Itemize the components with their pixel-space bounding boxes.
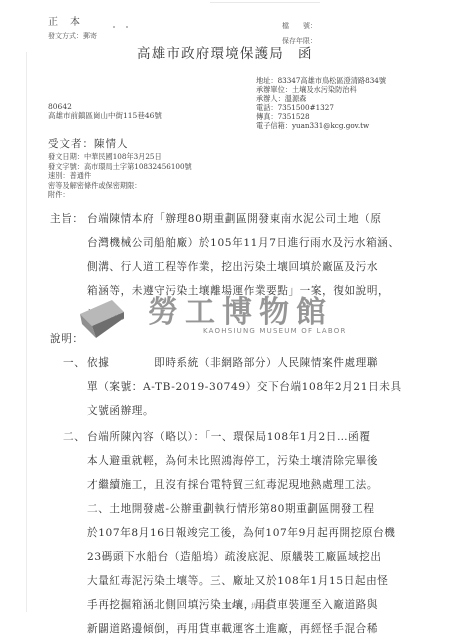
page-footer: 第1頁共3頁	[224, 601, 269, 610]
street-address: 高雄市前鎮區崗山中街115巷46號	[48, 111, 162, 120]
document-number: 發文字號：高市環局土字第10832456100號	[48, 162, 192, 172]
agency-name: 高雄市政府環境保護局	[137, 46, 284, 62]
subject-line: 側溝、行人道工程等作業，挖出污染土壤回填於廠區及污水	[87, 259, 378, 274]
item-line: 二、土地開發處-公辦重劃執行情形第80期重劃區開發工程	[87, 501, 375, 516]
issue-date: 發文日期：中華民國108年3月25日	[48, 152, 192, 162]
subject-line: 請查照。	[87, 307, 132, 322]
subject-line: 台端陳情本府「辦理80期重劃區開發東南水泥公司土地（原	[87, 211, 382, 226]
watermark-subtitle: KAOHSIUNG MUSEUM OF LABOR	[203, 327, 347, 335]
scan-edge	[210, 2, 320, 3]
document-type: 函	[298, 46, 313, 62]
item-line: 於107年8月16日報竣完工後，為何107年9月起再開挖原台機	[87, 525, 395, 540]
item-line: 才繼續施工，且沒有採台電特貿三紅毒泥現地熱處理工法。	[87, 477, 378, 492]
file-number-label: 檔 號：	[282, 21, 317, 31]
document-meta: 發文日期：中華民國108年3月25日 發文字號：高市環局土字第108324561…	[48, 152, 192, 200]
postal-code: 80642	[48, 102, 162, 111]
item-line: 23碼頭下水船台（造船塢）疏浚底泥、原艤裝工廠區域挖出	[87, 549, 382, 564]
email-address: 電子信箱：yuan331@kcg.gov.tw	[256, 121, 386, 130]
item-line: 單（案號：A-TB-2019-30749）交下台端108年2月21日未具	[87, 379, 402, 394]
delivery-speed: 速別：普通件	[48, 171, 192, 181]
recipient: 受文者：陳情人	[48, 136, 129, 151]
phone-number: 電話：7351500#1327	[256, 103, 386, 112]
scan-speck	[126, 26, 128, 28]
subject-line: 箱涵等，未遵守污染土壤離場運作業要點」一案，復如說明，	[87, 283, 389, 298]
scan-margin-line	[26, 52, 27, 612]
secrecy-level: 密等及解密條件或保密期限：	[48, 181, 192, 191]
handler-name: 承辦人：溫源森	[256, 94, 386, 103]
agency-address: 地址：83347高雄市鳥松區澄清路834號	[256, 76, 386, 85]
item-line: 文號函辦理。	[87, 403, 154, 418]
item-line: 台端所陳內容（略以）：「一、環保局108年1月2日…函覆	[87, 429, 371, 444]
item-line: 新闢道路邊傾倒，再用貨車載運客土進廠，再經怪手混合稀	[87, 621, 378, 636]
item-number: 二、	[63, 429, 85, 444]
explanation-label: 說明：	[50, 331, 84, 346]
subject-label: 主旨：	[50, 211, 84, 226]
scan-speck	[113, 26, 115, 28]
handling-unit: 承辦單位：土壤及水污染防治科	[256, 85, 386, 94]
item-line: 大量紅毒泥污染土壤等。三、廠址又於108年1月15日起由怪	[87, 573, 389, 588]
fax-number: 傳真：7351528	[256, 112, 386, 121]
total-pages: 共3頁	[251, 602, 270, 610]
attachment: 附件：	[48, 190, 192, 200]
copy-type-label: 正 本	[48, 13, 81, 28]
contact-block: 地址：83347高雄市鳥松區澄清路834號 承辦單位：土壤及水污染防治科 承辦人…	[256, 76, 386, 130]
subject-line: 台灣機械公司船舶廠）於105年11月7日進行雨水及污水箱涵、	[87, 235, 400, 250]
dispatch-method: 發文方式：郵寄	[48, 31, 97, 41]
recipient-address: 80642 高雄市前鎮區崗山中街115巷46號	[48, 102, 162, 120]
item-line: 依據 即時系統（非網路部分）人民陳情案件處理聯	[87, 355, 378, 370]
page-number: 第1頁	[224, 602, 243, 610]
item-line: 本人避重就輕，為何未比照鴻海停工，污染土壤清除完畢後	[87, 453, 378, 468]
document-title: 高雄市政府環境保護局函	[137, 42, 313, 62]
item-number: 一、	[63, 355, 85, 370]
